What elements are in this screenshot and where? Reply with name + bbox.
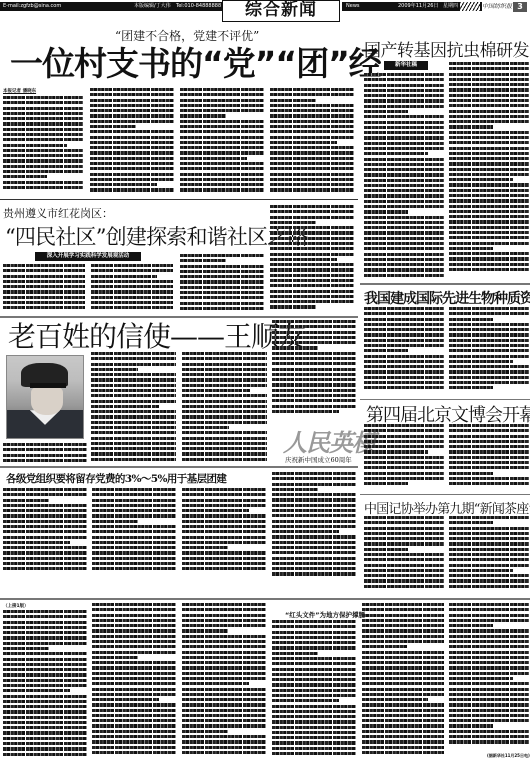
party-league-headline: 一位村支书的“党”“团”经 [10,46,381,82]
community-sub-banner: 深入开展学习实践科学发展观活动 [35,252,141,261]
league-fees-col-2 [92,488,176,578]
masthead-tel: Tel:010-84888888 [176,2,221,11]
divider-rule [0,466,358,468]
masthead-email: E-mail:zgfzb@sina.com [3,2,61,11]
biobank-headline: 我国建成国际先进生物种质资源库 [364,288,530,308]
biobank-col-1 [364,307,444,397]
paper-name-logo: 中国纺织报 [482,1,512,12]
bottom-col-5 [362,603,444,760]
party-league-col-4 [270,88,354,195]
bottom-col-4 [272,620,356,760]
league-fees-col-1 [3,488,87,578]
party-league-col-2 [90,88,174,195]
league-fees-col-4 [272,472,356,578]
party-league-col-1 [3,96,83,195]
news-tea-col-1 [364,516,444,596]
masthead-section-en: News [346,2,360,11]
masthead-weekday: 星期四 [443,2,458,11]
red-file-headline: “红头文件”为地方保护撑腰 [285,610,365,619]
divider-rule [360,283,530,285]
section-title: 综合新闻 [222,0,340,22]
community-kicker: 贵州遵义市红花岗区： [3,205,113,221]
gm-cotton-headline: 国产转基因抗虫棉研发 [364,36,529,61]
league-fees-headline: 各级党组织要将留存党费的3%～5%用于基层团建 [6,471,226,486]
people-heroes-caption: 庆祝新中国成立60周年 [285,455,352,464]
bottom-col-2 [92,603,176,760]
bottom-col-1 [3,610,87,760]
bottom-left-lead: （上接1版） [3,603,29,609]
divider-rule [0,598,530,600]
messenger-col-3 [272,320,356,420]
expo-col-1 [364,424,444,492]
footer-credit: (据新华社11月25日电) [487,753,530,759]
party-league-byline: 本报记者 潘晓东 [3,88,36,94]
biobank-col-2 [449,307,529,397]
gm-cotton-col-1 [364,73,444,281]
league-fees-col-3 [182,488,266,578]
news-tea-col-2 [449,516,529,596]
bottom-col-6 [449,603,529,748]
community-col-1 [3,264,85,314]
party-league-kicker: “团建不合格，党建不评优” [115,27,259,44]
community-col-3 [180,254,264,314]
news-tea-headline: 中国记协举办第九期“新闻茶座” [364,498,530,517]
masthead-hatch-icon [460,2,480,11]
messenger-col-1 [91,352,176,464]
page-number: 3 [513,2,527,12]
community-col-4 [270,205,354,314]
gm-cotton-source-badge: 新华社稿 [384,61,428,70]
messenger-col-2 [182,352,267,464]
party-league-col-3 [180,88,264,195]
messenger-caption [3,443,87,465]
gm-cotton-col-2 [449,62,529,281]
bottom-col-3 [182,603,266,760]
community-headline: “四民社区”创建探索和谐社区之路 [5,221,308,251]
people-heroes-logo: 人民英模 [283,423,375,458]
messenger-photo [6,355,84,439]
divider-rule [0,199,358,200]
expo-col-2 [449,424,529,492]
divider-rule [360,399,530,400]
masthead-editor: 本版编辑/丁大伟 [134,2,171,11]
masthead-date: 2009年11月26日 [398,2,438,11]
community-col-2 [91,264,173,314]
divider-rule [0,316,358,318]
divider-rule [360,494,530,495]
messenger-headline: 老百姓的信使——王顺友 [8,320,305,354]
